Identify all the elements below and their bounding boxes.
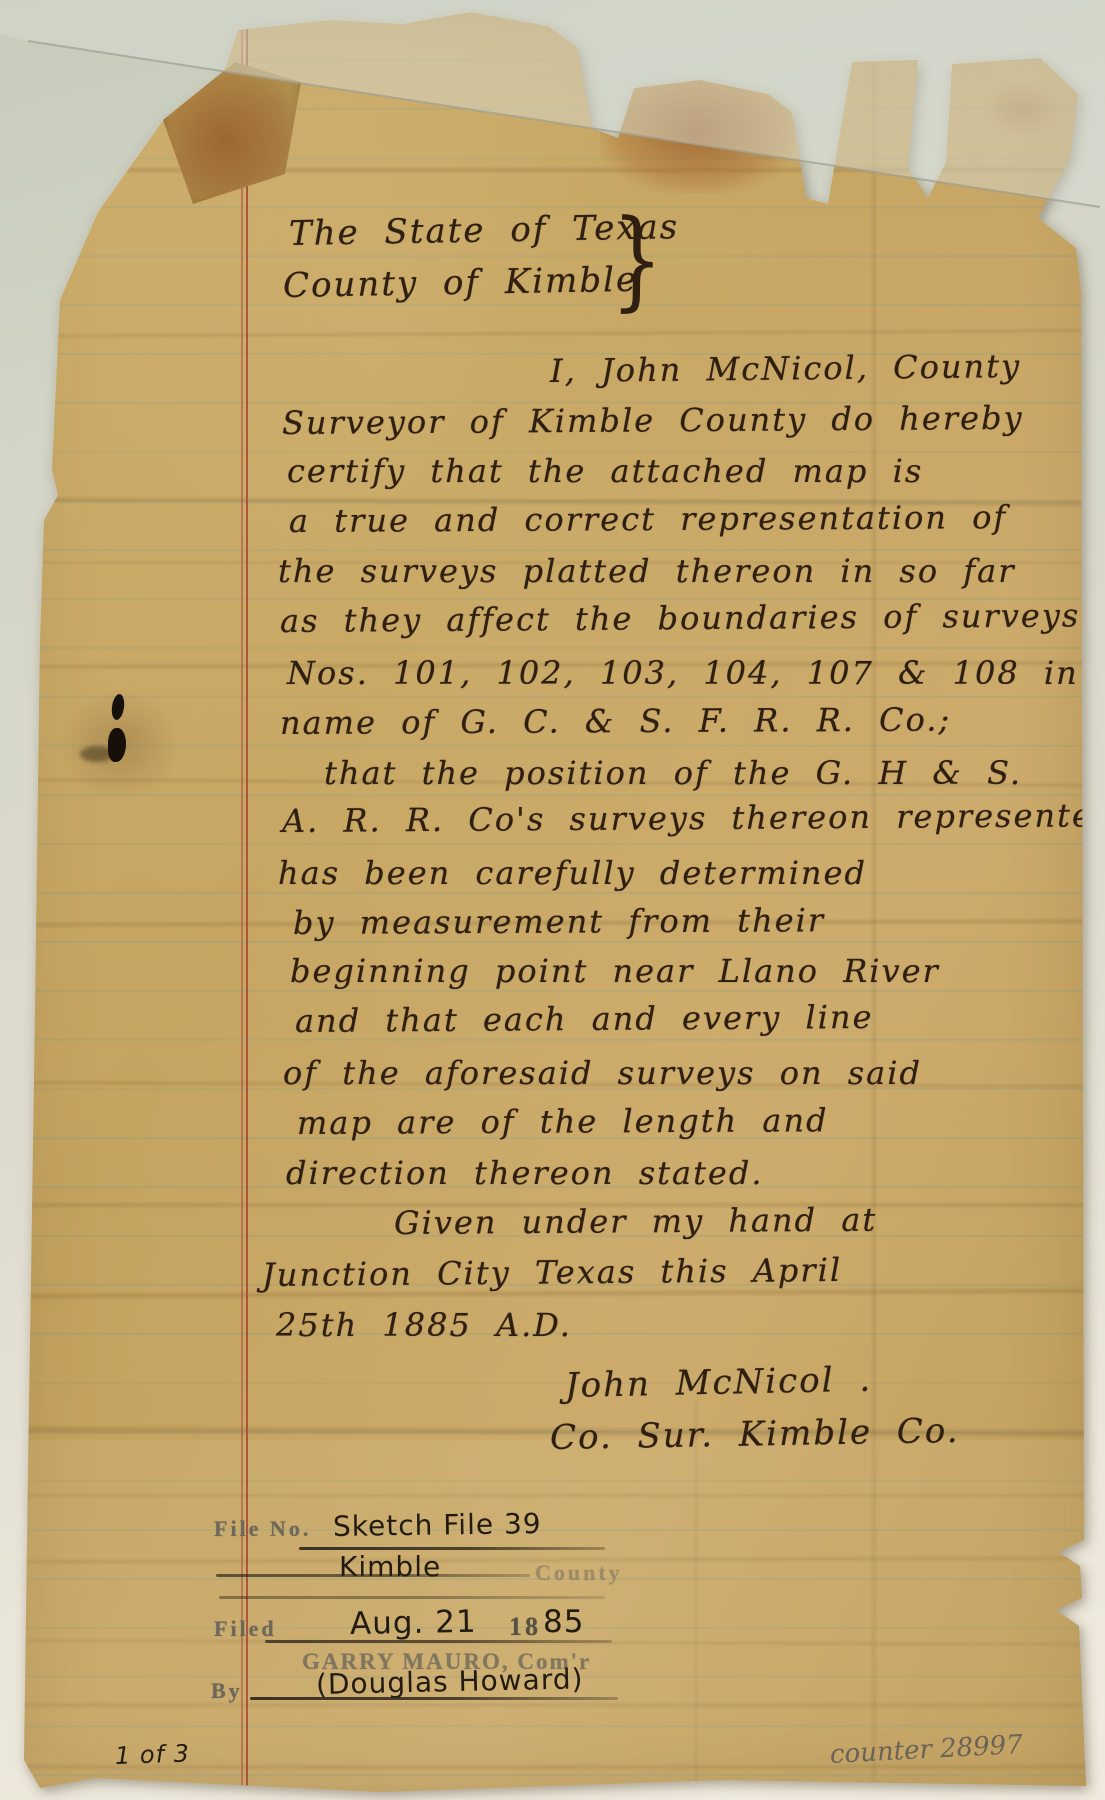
scanned-document: The State of Texas County of Kimble } I,… [0, 0, 1105, 1800]
ink-smudge [80, 746, 114, 762]
county-value: Kimble [339, 1550, 441, 1583]
body-line: 25th 1885 A.D. [276, 1306, 572, 1344]
body-line: Nos. 101, 102, 103, 104, 107 & 108 in [287, 654, 1079, 692]
rust-stain [985, 82, 1060, 137]
page-number-note: 1 of 3 [115, 1739, 191, 1770]
crease-line [0, 1701, 1105, 1709]
body-line: the surveys platted thereon in so far [278, 552, 1015, 590]
body-line: map are of the length and [297, 1101, 829, 1142]
body-line: Surveyor of Kimble County do hereby [282, 399, 1024, 442]
body-line: of the aforesaid surveys on said [283, 1054, 922, 1092]
body-line: beginning point near Llano River [290, 952, 940, 990]
county-heading-line: County of Kimble [283, 260, 639, 306]
filing-rule [216, 1574, 530, 1577]
filing-rule [219, 1596, 605, 1599]
body-line: certify that the attached map is [287, 452, 923, 490]
by-label: By [211, 1678, 243, 1704]
body-line: Given under my hand at [394, 1201, 877, 1242]
body-line: A. R. R. Co's surveys thereon represente… [282, 796, 1105, 840]
certificate-brace: } [611, 206, 664, 315]
year-suffix-value: 85 [543, 1604, 584, 1640]
crease-line [0, 1492, 1105, 1499]
paper-shadow: The State of Texas County of Kimble } I,… [0, 0, 1105, 1800]
body-line: as they affect the boundaries of surveys [280, 596, 1081, 640]
file-no-label: File No. [214, 1516, 311, 1542]
body-line: that the position of the G. H & S. [324, 754, 1022, 792]
body-line: Junction City Texas this April [262, 1251, 842, 1294]
year-prefix: 18 [509, 1612, 541, 1642]
filed-label: Filed [214, 1616, 277, 1642]
body-line: direction thereon stated. [286, 1154, 764, 1192]
crease-line [870, 0, 878, 1800]
crease-line [693, 1400, 699, 1800]
signature-title: Co. Sur. Kimble Co. [550, 1411, 960, 1458]
body-line: a true and correct representation of [289, 498, 1007, 540]
body-line: I, John McNicol, County [550, 347, 1021, 390]
body-line: by measurement from their [293, 901, 825, 942]
crease-line [0, 166, 1105, 174]
filing-rule [250, 1697, 618, 1700]
body-line: and that each and every line [295, 998, 874, 1040]
filing-rule [265, 1640, 612, 1643]
rust-stain [600, 68, 795, 193]
file-no-value: Sketch File 39 [333, 1507, 542, 1543]
counter-note: counter 28997 [829, 1730, 1023, 1770]
county-label: County [535, 1560, 623, 1586]
body-line: name of G. C. & S. F. R. R. Co.; [280, 700, 951, 742]
crease-line [0, 327, 1105, 340]
by-value: (Douglas Howard) [316, 1662, 584, 1701]
body-line: has been carefully determined [278, 854, 867, 892]
signature-name: John McNicol . [565, 1360, 873, 1406]
document-paper: The State of Texas County of Kimble } I,… [0, 0, 1105, 1800]
filed-date-value: Aug. 21 [350, 1604, 477, 1642]
ink-blot [110, 693, 126, 720]
